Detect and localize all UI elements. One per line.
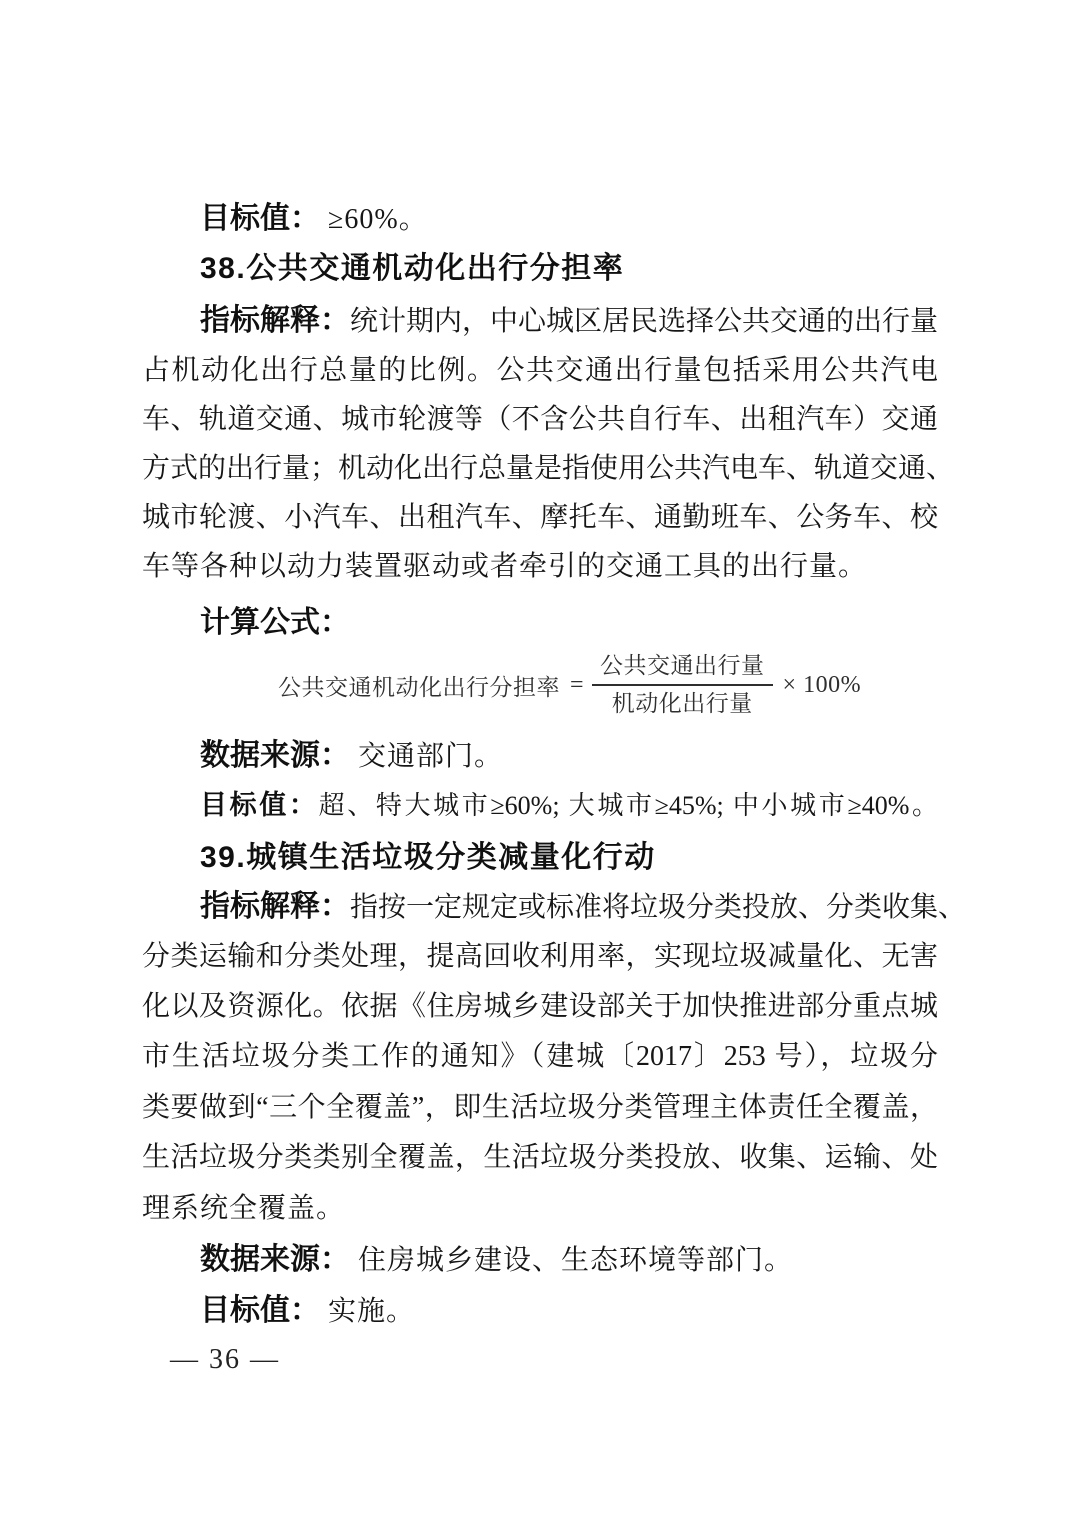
data-source-label: 数据来源：: [200, 739, 350, 772]
indicator-38-heading: 38.公共交通机动化出行分担率: [142, 244, 938, 294]
definition-line: 化以及资源化。依据《住房城乡建设部关于加快推进部分重点城: [142, 982, 938, 1032]
definition-line: 类要做到“三个全覆盖”，即生活垃圾分类管理主体责任全覆盖，: [142, 1083, 938, 1133]
definition-line: 分类运输和分类处理，提高回收利用率，实现垃圾减量化、无害: [142, 932, 938, 982]
definition-line: 理系统全覆盖。: [142, 1184, 938, 1234]
target-value-text: 实施。: [328, 1296, 415, 1327]
data-source-label: 数据来源：: [200, 1243, 350, 1276]
formula-label: 计算公式：: [200, 606, 350, 639]
definition-text: 统计期内，中心城区居民选择公共交通的出行量: [350, 306, 938, 337]
target-value-line-38: 目标值：超、特大城市≥60%; 大城市≥45%; 中小城市≥40%。: [142, 780, 938, 831]
fraction-denominator: 机动化出行量: [592, 684, 773, 718]
definition-line: 城市轮渡、小汽车、出租汽车、摩托车、通勤班车、公务车、校: [142, 493, 938, 543]
formula-label-line: 计算公式：: [142, 598, 938, 649]
definition-line: 生活垃圾分类类别全覆盖，生活垃圾分类投放、收集、运输、处: [142, 1133, 938, 1183]
document-page: 目标值： ≥60%。 38.公共交通机动化出行分担率 指标解释：统计期内，中心城…: [0, 0, 1074, 1520]
page-number: — 36 —: [170, 1340, 280, 1380]
data-source-line-38: 数据来源： 交通部门。: [142, 731, 938, 782]
data-source-line-39: 数据来源： 住房城乡建设、生态环境等部门。: [142, 1235, 938, 1286]
definition-line: 车等各种以动力装置驱动或者牵引的交通工具的出行量。: [142, 542, 938, 592]
target-value-text: ≥60%。: [328, 204, 428, 235]
target-value-label: 目标值：: [200, 1294, 320, 1327]
target-value-text: 超、特大城市≥60%; 大城市≥45%; 中小城市≥40%。: [319, 791, 938, 820]
definition-line: 方式的出行量；机动化出行总量是指使用公共汽电车、轨道交通、: [142, 444, 938, 494]
definition-label: 指标解释：: [200, 304, 350, 337]
fraction: 公共交通出行量 机动化出行量: [592, 652, 773, 718]
definition-text: 指按一定规定或标准将垃圾分类投放、分类收集、: [350, 892, 966, 923]
data-source-text: 住房城乡建设、生态环境等部门。: [358, 1245, 793, 1276]
formula-multiplier: × 100%: [783, 672, 862, 699]
definition-line: 指标解释：指按一定规定或标准将垃圾分类投放、分类收集、: [142, 882, 938, 933]
fraction-numerator: 公共交通出行量: [592, 652, 773, 684]
definition-line: 占机动化出行总量的比例。公共交通出行量包括采用公共汽电: [142, 346, 938, 396]
target-value-label: 目标值：: [200, 202, 320, 235]
target-value-label: 目标值：: [200, 790, 319, 820]
definition-label: 指标解释：: [200, 890, 350, 923]
formula-lhs: 公共交通机动化出行分担率: [278, 669, 560, 702]
target-value-line-39: 目标值： 实施。: [142, 1286, 938, 1337]
carryover-target-line: 目标值： ≥60%。: [142, 194, 938, 245]
formula: 公共交通机动化出行分担率 = 公共交通出行量 机动化出行量 × 100%: [278, 652, 861, 718]
definition-line: 指标解释：统计期内，中心城区居民选择公共交通的出行量: [142, 296, 938, 347]
definition-line: 市生活垃圾分类工作的通知》（建城〔2017〕253 号），垃圾分: [142, 1032, 938, 1082]
data-source-text: 交通部门。: [358, 741, 503, 772]
definition-line: 车、轨道交通、城市轮渡等（不含公共自行车、出租汽车）交通: [142, 395, 938, 445]
indicator-39-heading: 39.城镇生活垃圾分类减量化行动: [142, 833, 938, 883]
equals-sign: =: [570, 672, 584, 699]
